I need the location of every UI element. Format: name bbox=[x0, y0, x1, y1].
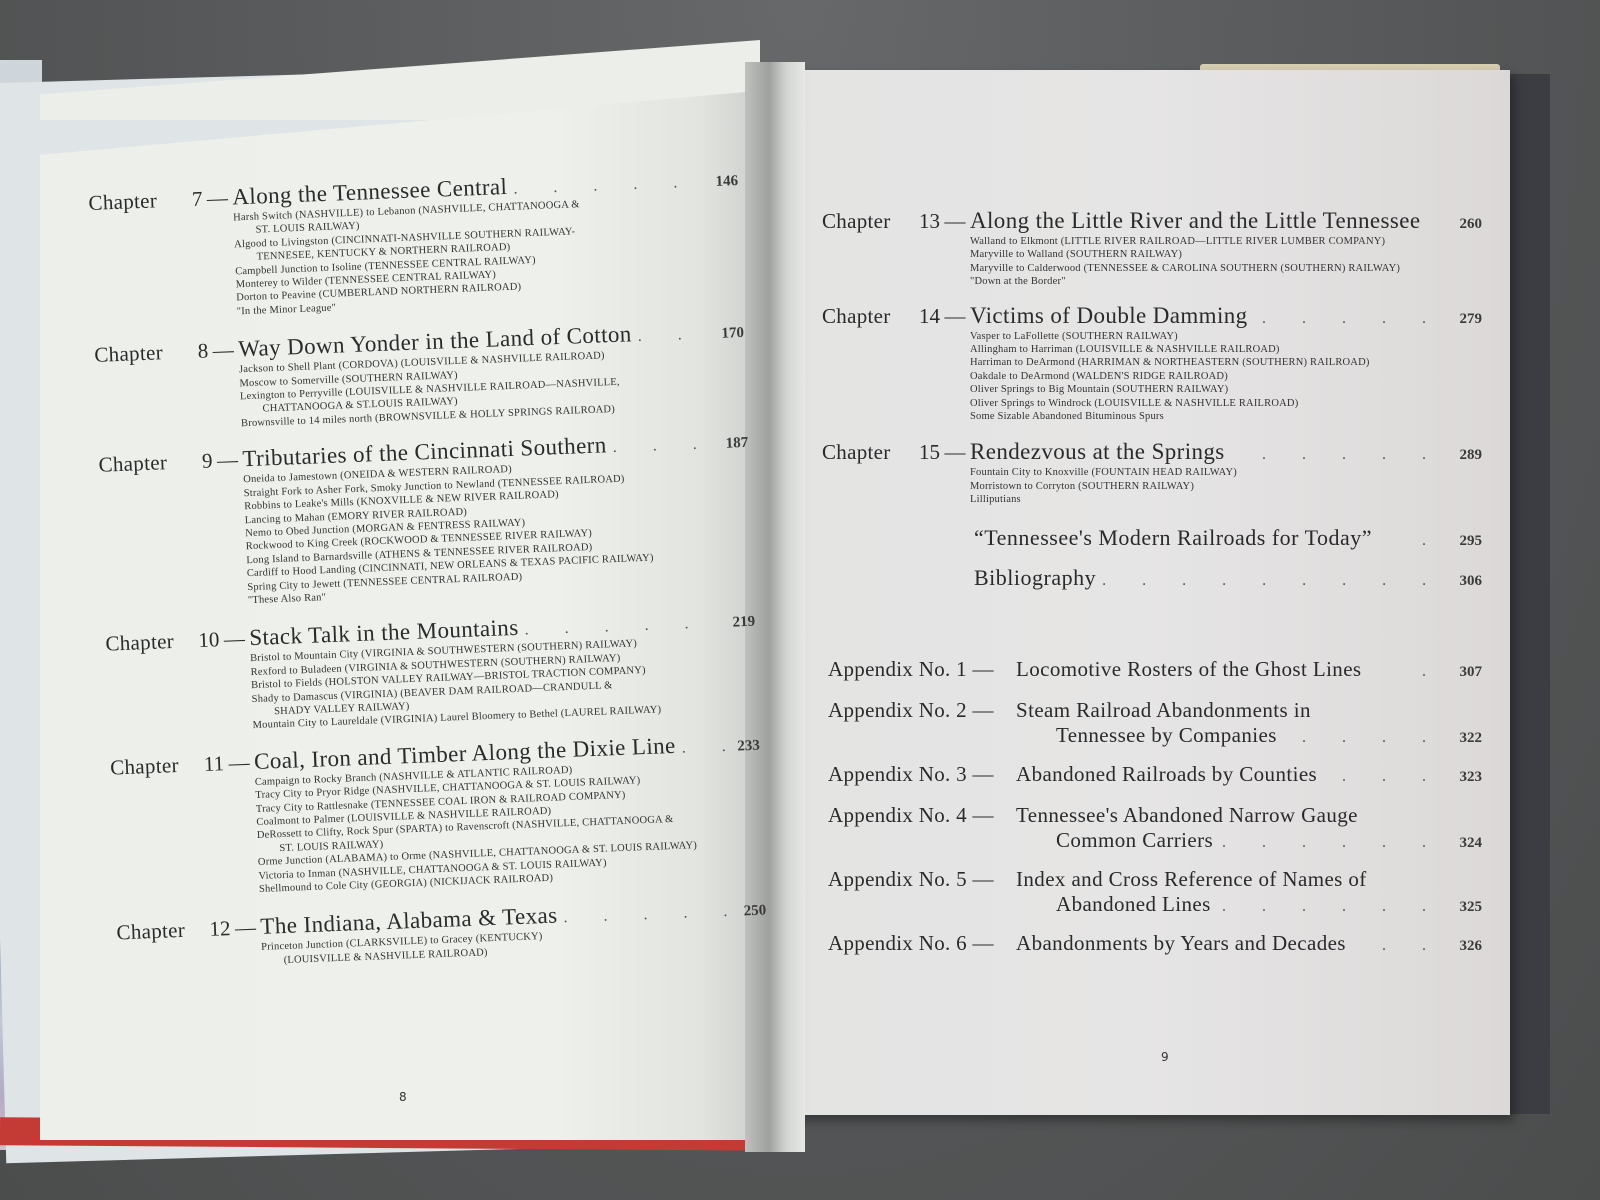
leader-dots: . bbox=[1362, 663, 1449, 681]
chapter-label: Chapter bbox=[116, 918, 205, 946]
chapter-subentries: Walland to Elkmont (LITTLE RIVER RAILROA… bbox=[970, 235, 1482, 289]
chapter-page-number: 170 bbox=[710, 325, 745, 343]
appendix-page-number: 326 bbox=[1448, 938, 1482, 955]
chapter-label: Chapter bbox=[88, 188, 177, 216]
chapter-number: 8 bbox=[182, 339, 209, 365]
left-page-number: 8 bbox=[399, 1090, 407, 1104]
em-dash: — bbox=[940, 209, 970, 234]
leader-dots: . . . . . . bbox=[675, 738, 726, 758]
chapter-subentries: Campaign to Rocky Branch (NASHVILLE & AT… bbox=[255, 756, 765, 896]
appendix-label: Appendix No. 5 — bbox=[828, 867, 1016, 892]
leader-dots: . . . . . bbox=[1225, 446, 1448, 464]
appendix-entry[interactable]: Appendix No. 1 —Locomotive Rosters of th… bbox=[828, 657, 1482, 682]
route-line: Walland to Elkmont (LITTLE RIVER RAILROA… bbox=[970, 235, 1482, 248]
toc-chapter-entry[interactable]: Chapter 8 — Way Down Yonder in the Land … bbox=[94, 317, 747, 436]
appendix-title: Abandoned Railroads by Counties bbox=[1016, 762, 1317, 787]
appendix-entry[interactable]: Appendix No. 4 —Tennessee's Abandoned Na… bbox=[828, 803, 1482, 853]
toc-extra-entry[interactable]: Bibliography. . . . . . . . .306 bbox=[974, 565, 1482, 591]
leader-dots: . . . . . . . . . bbox=[1096, 572, 1448, 590]
route-line: Morristown to Corryton (SOUTHERN RAILWAY… bbox=[970, 480, 1482, 493]
em-dash: — bbox=[224, 750, 255, 776]
chapter-number: 15 bbox=[914, 440, 940, 465]
appendix-entry[interactable]: Appendix No. 6 —Abandonments by Years an… bbox=[828, 931, 1482, 956]
appendix-label: Appendix No. 6 — bbox=[828, 931, 1016, 956]
appendix-entry[interactable]: Appendix No. 2 —Steam Railroad Abandonme… bbox=[828, 698, 1482, 748]
route-line: Harriman to DeArmond (HARRIMAN & NORTHEA… bbox=[970, 356, 1482, 369]
right-page-number: 9 bbox=[1161, 1050, 1169, 1064]
toc-extra-entry[interactable]: “Tennessee's Modern Railroads for Today”… bbox=[974, 525, 1482, 551]
chapter-title: Victims of Double Damming bbox=[970, 303, 1248, 329]
appendix-entry[interactable]: Appendix No. 5 —Index and Cross Referenc… bbox=[828, 867, 1482, 917]
appendix-title: Tennessee's Abandoned Narrow Gauge bbox=[1016, 803, 1358, 828]
em-dash: — bbox=[212, 448, 243, 474]
em-dash: — bbox=[940, 440, 970, 465]
route-line: Lilliputians bbox=[970, 493, 1482, 506]
em-dash: — bbox=[219, 626, 250, 652]
chapter-page-number: 187 bbox=[714, 435, 749, 453]
chapter-page-number: 260 bbox=[1448, 216, 1482, 233]
appendix-title: Index and Cross Reference of Names of bbox=[1016, 867, 1367, 892]
em-dash: — bbox=[202, 185, 233, 211]
chapter-number: 12 bbox=[204, 917, 231, 943]
appendix-title: Locomotive Rosters of the Ghost Lines bbox=[1016, 657, 1362, 682]
chapter-subentries: Harsh Switch (NASHVILLE) to Lebanon (NAS… bbox=[233, 192, 743, 319]
entry-title: “Tennessee's Modern Railroads for Today” bbox=[974, 525, 1372, 551]
leader-dots: . . bbox=[1346, 937, 1448, 955]
leader-dots: . . . . . . bbox=[1213, 834, 1448, 852]
route-line: Some Sizable Abandoned Bituminous Spurs bbox=[970, 410, 1482, 423]
chapter-label: Chapter bbox=[110, 752, 199, 780]
appendix-title-continued: Tennessee by Companies bbox=[1056, 723, 1277, 748]
left-toc: Chapter 7 — Along the Tennessee Central … bbox=[88, 165, 768, 974]
route-line: Fountain City to Knoxville (FOUNTAIN HEA… bbox=[970, 466, 1482, 479]
route-line: Allingham to Harriman (LOUISVILLE & NASH… bbox=[970, 343, 1482, 356]
entry-page-number: 295 bbox=[1448, 533, 1482, 550]
appendix-page-number: 325 bbox=[1448, 899, 1482, 916]
chapter-heading: Chapter 13 — Along the Little River and … bbox=[822, 208, 1482, 234]
appendix-title: Abandonments by Years and Decades bbox=[1016, 931, 1346, 956]
chapter-page-number: 250 bbox=[732, 903, 767, 921]
chapter-heading: Chapter 15 — Rendezvous at the Springs .… bbox=[822, 439, 1482, 465]
appendix-page-number: 307 bbox=[1448, 664, 1482, 681]
chapter-page-number: 233 bbox=[726, 737, 761, 755]
em-dash: — bbox=[940, 304, 970, 329]
chapter-number: 13 bbox=[914, 209, 940, 234]
leader-dots: . . . . bbox=[1277, 729, 1448, 747]
chapter-subentries: Vasper to LaFollette (SOUTHERN RAILWAY)A… bbox=[970, 330, 1482, 424]
chapter-subentries: Oneida to Jamestown (ONEIDA & WESTERN RA… bbox=[243, 454, 754, 607]
leader-dots: . . . bbox=[1317, 768, 1448, 786]
appendix-entry[interactable]: Appendix No. 3 —Abandoned Railroads by C… bbox=[828, 762, 1482, 787]
chapter-title: Rendezvous at the Springs bbox=[970, 439, 1225, 465]
chapter-label: Chapter bbox=[822, 440, 914, 465]
appendix-label: Appendix No. 2 — bbox=[828, 698, 1016, 723]
em-dash: — bbox=[230, 915, 261, 941]
appendix-label: Appendix No. 4 — bbox=[828, 803, 1016, 828]
route-line: Oliver Springs to Windrock (LOUISVILLE &… bbox=[970, 397, 1482, 410]
right-toc: Chapter 13 — Along the Little River and … bbox=[822, 208, 1482, 972]
chapter-label: Chapter bbox=[822, 304, 914, 329]
chapter-number: 14 bbox=[914, 304, 940, 329]
toc-chapter-entry[interactable]: Chapter 7 — Along the Tennessee Central … bbox=[88, 165, 743, 324]
chapter-subentries: Fountain City to Knoxville (FOUNTAIN HEA… bbox=[970, 466, 1482, 506]
appendix-title-continued: Abandoned Lines bbox=[1056, 892, 1211, 917]
chapter-page-number: 146 bbox=[704, 173, 739, 191]
chapter-page-number: 279 bbox=[1448, 311, 1482, 328]
leader-dots: . bbox=[1372, 532, 1448, 550]
leader-dots: . . . . . . bbox=[631, 325, 710, 346]
route-line: Maryville to Calderwood (TENNESSEE & CAR… bbox=[970, 262, 1482, 275]
toc-chapter-entry[interactable]: Chapter 15 — Rendezvous at the Springs .… bbox=[822, 439, 1482, 506]
appendix-page-number: 323 bbox=[1448, 769, 1482, 786]
route-line: "Down at the Border" bbox=[970, 275, 1482, 288]
appendix-label: Appendix No. 3 — bbox=[828, 762, 1016, 787]
appendix-title: Steam Railroad Abandonments in bbox=[1016, 698, 1311, 723]
appendix-page-number: 324 bbox=[1448, 835, 1482, 852]
appendix-label: Appendix No. 1 — bbox=[828, 657, 1016, 682]
toc-chapter-entry[interactable]: Chapter 13 — Along the Little River and … bbox=[822, 208, 1482, 289]
chapter-number: 7 bbox=[176, 187, 203, 213]
chapter-number: 10 bbox=[193, 628, 220, 654]
leader-dots: . . . . . . bbox=[606, 435, 714, 457]
appendix-list: Appendix No. 1 —Locomotive Rosters of th… bbox=[828, 657, 1482, 956]
chapter-label: Chapter bbox=[822, 209, 914, 234]
toc-chapter-entry[interactable]: Chapter 14 — Victims of Double Damming .… bbox=[822, 303, 1482, 424]
route-line: Vasper to LaFollette (SOUTHERN RAILWAY) bbox=[970, 330, 1482, 343]
chapter-number: 9 bbox=[186, 449, 213, 475]
back-cover-board bbox=[1505, 74, 1550, 1114]
toc-chapter-entry[interactable]: Chapter 11 — Coal, Iron and Timber Along… bbox=[110, 729, 765, 901]
chapter-label: Chapter bbox=[105, 629, 194, 657]
route-line: Maryville to Walland (SOUTHERN RAILWAY) bbox=[970, 248, 1482, 261]
leader-dots: . . . . . bbox=[1248, 310, 1448, 328]
chapter-label: Chapter bbox=[94, 340, 183, 368]
appendix-title-continued: Common Carriers bbox=[1056, 828, 1213, 853]
chapter-title: Along the Little River and the Little Te… bbox=[970, 208, 1420, 234]
toc-chapter-entry[interactable]: Chapter 9 — Tributaries of the Cincinnat… bbox=[98, 427, 754, 613]
chapter-page-number: 219 bbox=[721, 614, 756, 632]
chapter-heading: Chapter 14 — Victims of Double Damming .… bbox=[822, 303, 1482, 329]
route-line: Oakdale to DeArmond (WALDEN'S RIDGE RAIL… bbox=[970, 370, 1482, 383]
entry-page-number: 306 bbox=[1448, 573, 1482, 590]
route-line: Oliver Springs to Big Mountain (SOUTHERN… bbox=[970, 383, 1482, 396]
toc-chapter-entry[interactable]: Chapter 10 — Stack Talk in the Mountains… bbox=[105, 606, 759, 738]
entry-title: Bibliography bbox=[974, 565, 1096, 591]
chapter-label: Chapter bbox=[98, 450, 187, 478]
appendix-page-number: 322 bbox=[1448, 730, 1482, 747]
chapter-page-number: 289 bbox=[1448, 447, 1482, 464]
chapter-number: 11 bbox=[198, 751, 225, 777]
em-dash: — bbox=[208, 338, 239, 364]
leader-dots: . . . . . . bbox=[1211, 898, 1448, 916]
